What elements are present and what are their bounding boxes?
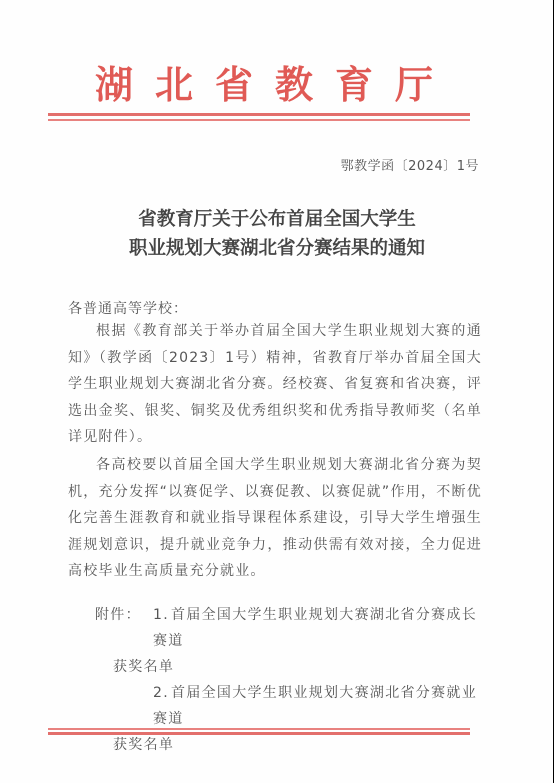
attachment-item-1: 附件： 1.首届全国大学生职业规划大赛湖北省分赛成长赛道	[95, 602, 483, 654]
attachment-title-line-2: 获奖名单	[95, 732, 483, 758]
attachment-number: 2.	[153, 680, 171, 706]
document-title-line-1: 省教育厅关于公布首届全国大学生	[0, 205, 554, 234]
body-paragraph-2: 各高校要以首届全国大学生职业规划大赛湖北省分赛为契机，充分发挥“以赛促学、以赛促…	[68, 452, 482, 585]
document-page: 湖北省教育厅 鄂教学函〔2024〕1号 省教育厅关于公布首届全国大学生 职业规划…	[0, 0, 554, 783]
body-paragraph-1: 根据《教育部关于举办首届全国大学生职业规划大赛的通知》（教学函〔2023〕1号）…	[68, 318, 482, 451]
attachment-title-line-2: 获奖名单	[95, 654, 483, 680]
letterhead-red-rule-thick	[48, 113, 470, 116]
agency-letterhead-title: 湖北省教育厅	[48, 62, 480, 108]
letterhead-red-rule-thin	[48, 119, 470, 121]
attachment-title-line-1: 首届全国大学生职业规划大赛湖北省分赛成长赛道	[153, 607, 477, 649]
document-title-line-2: 职业规划大赛湖北省分赛结果的通知	[0, 234, 554, 263]
footer-red-rule-thin	[48, 728, 470, 730]
attachment-number: 1.	[153, 602, 171, 628]
document-number: 鄂教学函〔2024〕1号	[341, 155, 479, 174]
attachment-item-2: 2.首届全国大学生职业规划大赛湖北省分赛就业赛道	[95, 680, 483, 732]
attachment-title-line-1: 首届全国大学生职业规划大赛湖北省分赛就业赛道	[153, 685, 477, 727]
attachments-label: 附件：	[95, 602, 153, 654]
document-title: 省教育厅关于公布首届全国大学生 职业规划大赛湖北省分赛结果的通知	[0, 205, 554, 263]
footer-red-rule-thick	[48, 732, 470, 735]
